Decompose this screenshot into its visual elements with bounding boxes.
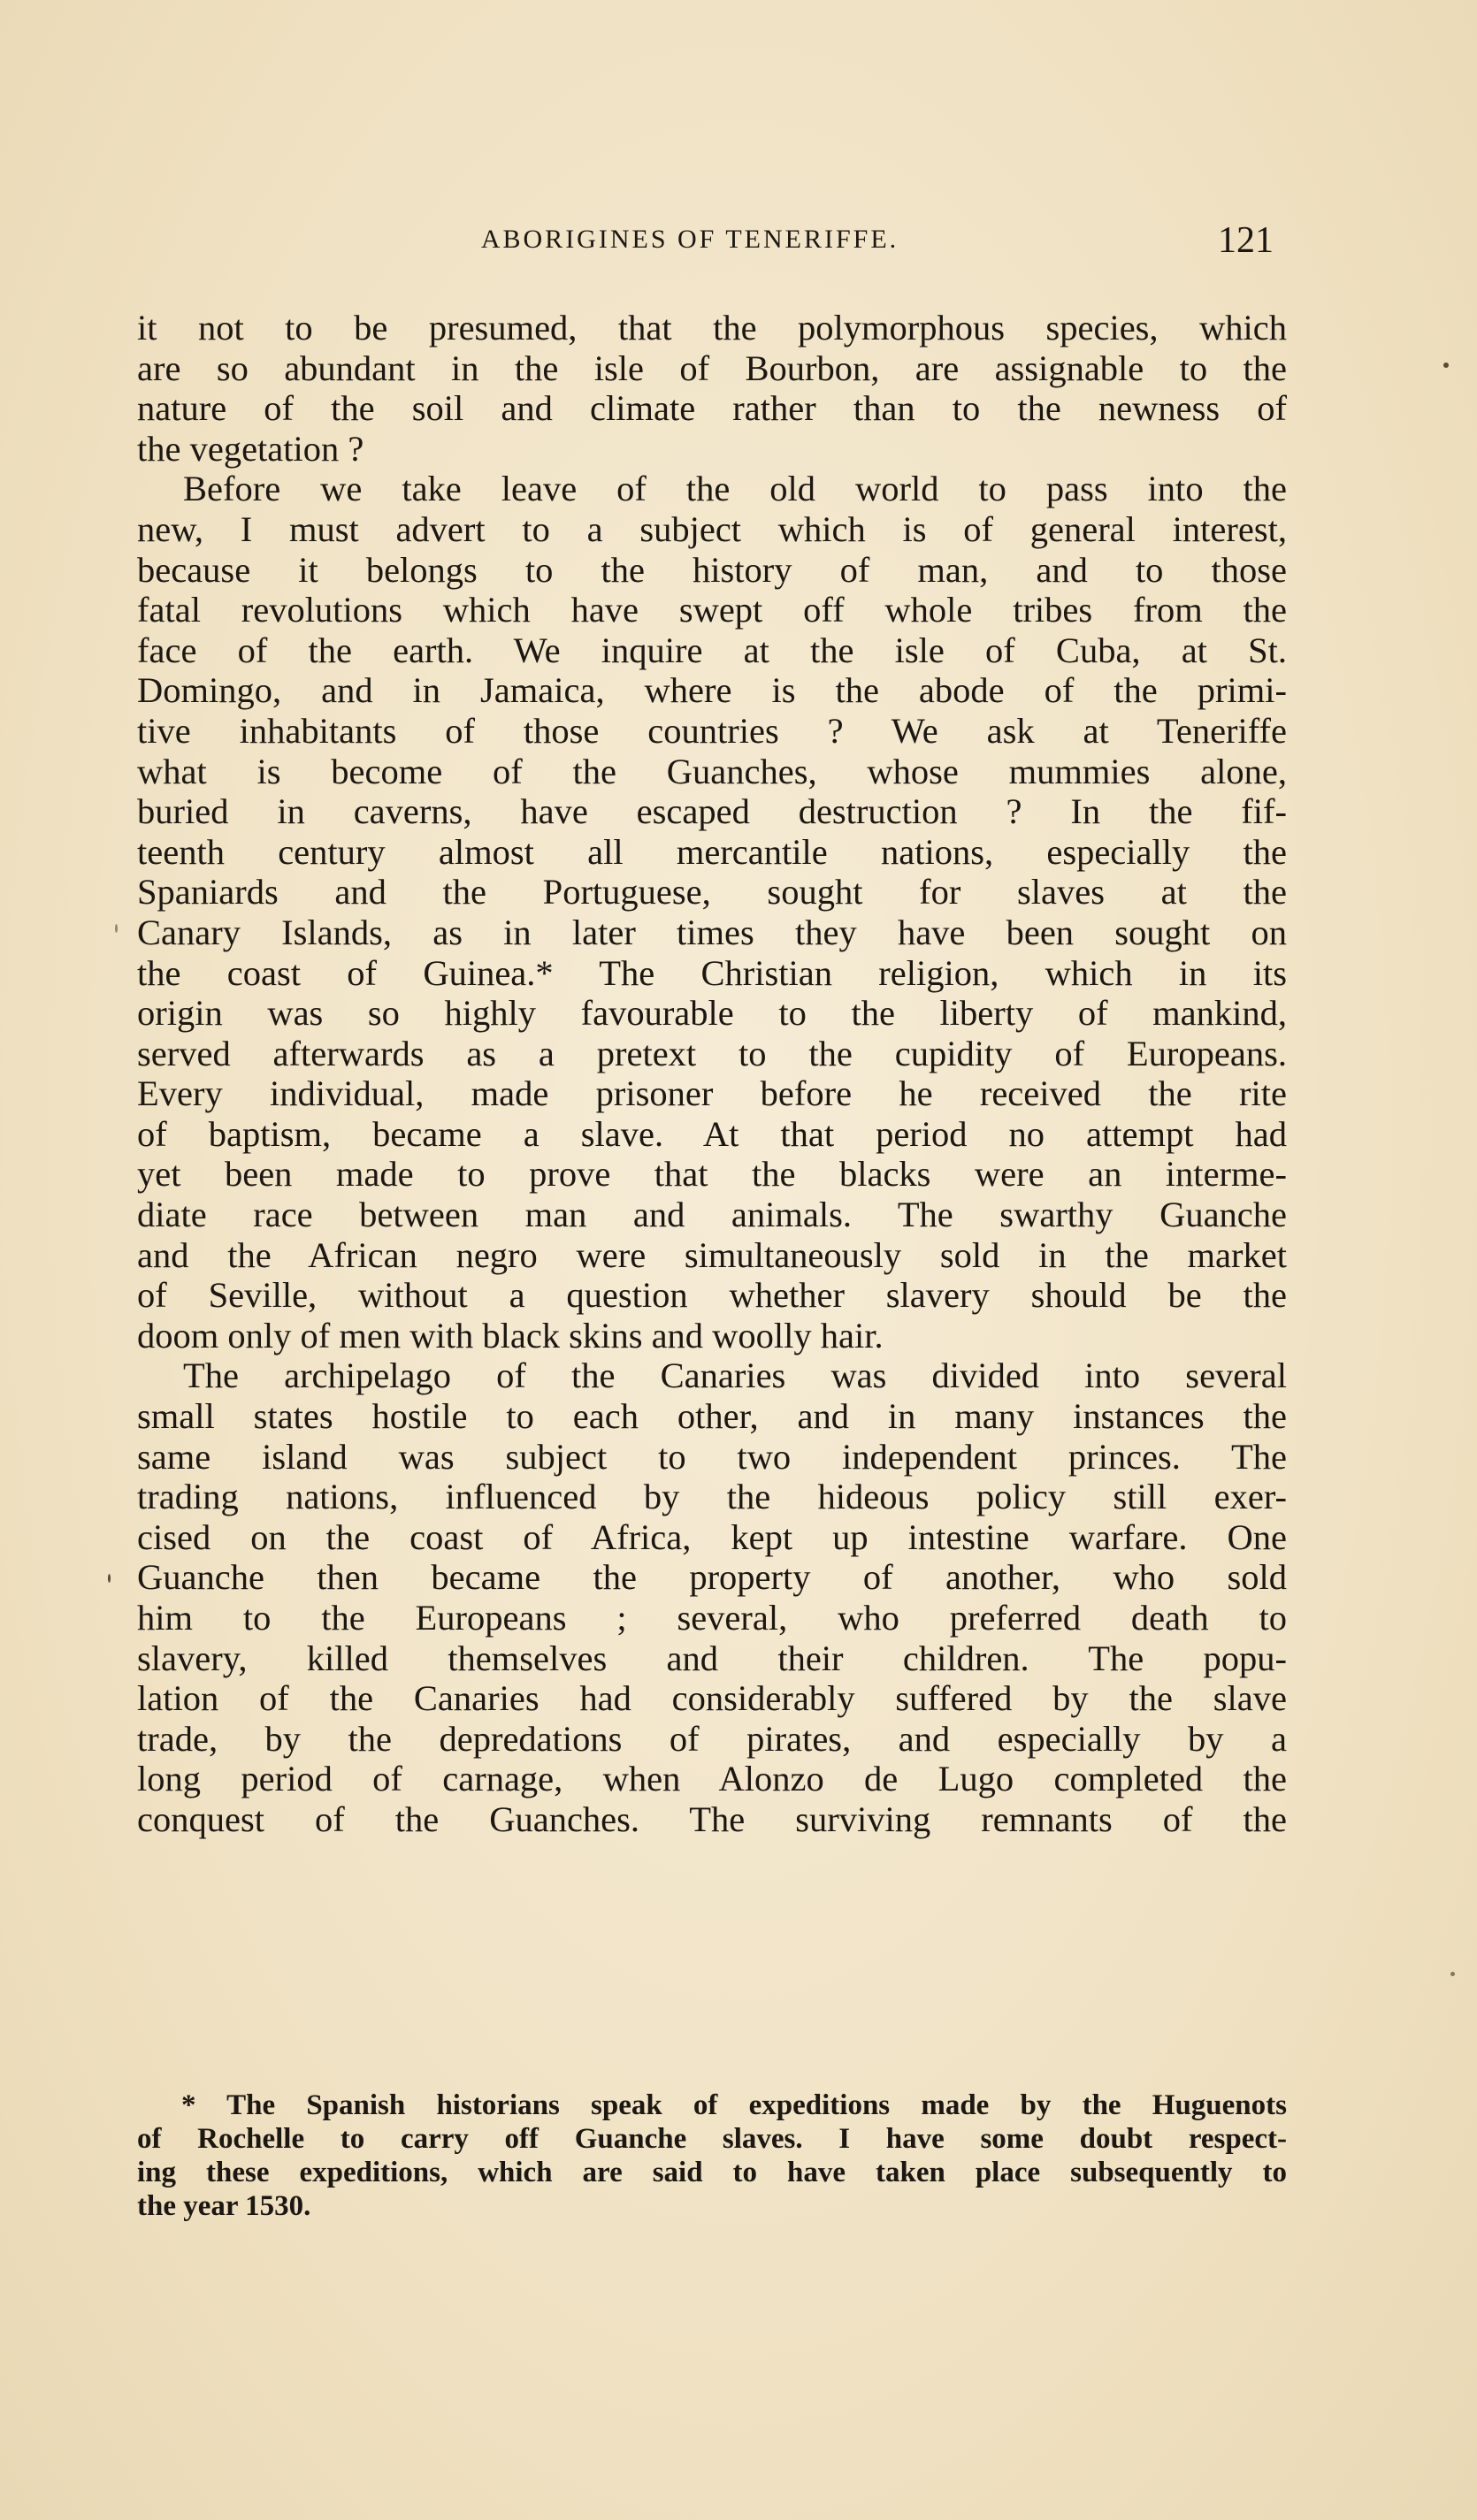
text-line: slavery, killed themselves and their chi… xyxy=(137,1638,1287,1679)
text-line: teenth century almost all mercantile nat… xyxy=(137,832,1287,873)
text-line: Spaniards and the Portuguese, sought for… xyxy=(137,872,1287,913)
text-line: face of the earth. We inquire at the isl… xyxy=(137,630,1287,671)
text-line: because it belongs to the history of man… xyxy=(137,550,1287,591)
text-line: conquest of the Guanches. The surviving … xyxy=(137,1799,1287,1840)
footnote: * The Spanish historians speak of expedi… xyxy=(137,2089,1287,2223)
text-line: of baptism, became a slave. At that peri… xyxy=(137,1114,1287,1155)
footnote-line: of Rochelle to carry off Guanche slaves.… xyxy=(137,2122,1287,2156)
text-line: cised on the coast of Africa, kept up in… xyxy=(137,1517,1287,1558)
text-line: trading nations, influenced by the hideo… xyxy=(137,1477,1287,1517)
text-line: the vegetation ? xyxy=(137,429,1287,470)
footnote-line: * The Spanish historians speak of expedi… xyxy=(137,2089,1287,2122)
text-line: yet been made to prove that the blacks w… xyxy=(137,1154,1287,1195)
text-line: it not to be presumed, that the polymorp… xyxy=(137,308,1287,348)
running-head: ABORIGINES OF TENERIFFE. 121 xyxy=(177,225,1274,278)
text-line: Before we take leave of the old world to… xyxy=(137,469,1287,509)
footnote-line: the year 1530. xyxy=(137,2189,1287,2223)
footnote-line: ing these expeditions, which are said to… xyxy=(137,2156,1287,2189)
text-line: what is become of the Guanches, whose mu… xyxy=(137,752,1287,792)
text-line: of Seville, without a question whether s… xyxy=(137,1275,1287,1316)
text-line: nature of the soil and climate rather th… xyxy=(137,388,1287,429)
text-line: served afterwards as a pretext to the cu… xyxy=(137,1034,1287,1074)
text-line: doom only of men with black skins and wo… xyxy=(137,1316,1287,1356)
text-line: lation of the Canaries had considerably … xyxy=(137,1678,1287,1719)
text-line: tive inhabitants of those countries ? We… xyxy=(137,711,1287,752)
text-line: same island was subject to two independe… xyxy=(137,1437,1287,1478)
text-line: long period of carnage, when Alonzo de L… xyxy=(137,1759,1287,1799)
paper-speck xyxy=(115,924,118,933)
text-line: buried in caverns, have escaped destruct… xyxy=(137,791,1287,832)
page-number: 121 xyxy=(1218,219,1274,262)
text-line: origin was so highly favourable to the l… xyxy=(137,993,1287,1034)
text-line: are so abundant in the isle of Bourbon, … xyxy=(137,348,1287,389)
text-line: Every individual, made prisoner before h… xyxy=(137,1073,1287,1114)
book-page: ABORIGINES OF TENERIFFE. 121 it not to b… xyxy=(0,0,1477,2520)
paper-speck xyxy=(1450,1972,1455,1976)
text-line: fatal revolutions which have swept off w… xyxy=(137,590,1287,630)
text-line: Canary Islands, as in later times they h… xyxy=(137,913,1287,953)
text-line: diate race between man and animals. The … xyxy=(137,1195,1287,1235)
paper-speck xyxy=(108,1574,111,1583)
text-line: The archipelago of the Canaries was divi… xyxy=(137,1355,1287,1396)
text-line: and the African negro were simultaneousl… xyxy=(137,1235,1287,1276)
text-line: small states hostile to each other, and … xyxy=(137,1396,1287,1437)
running-title: ABORIGINES OF TENERIFFE. xyxy=(416,225,964,255)
body-text: it not to be presumed, that the polymorp… xyxy=(137,308,1287,1840)
paper-speck xyxy=(1443,363,1449,368)
text-line: trade, by the depredations of pirates, a… xyxy=(137,1719,1287,1760)
text-line: Domingo, and in Jamaica, where is the ab… xyxy=(137,670,1287,711)
text-line: the coast of Guinea.* The Christian reli… xyxy=(137,953,1287,994)
text-line: Guanche then became the property of anot… xyxy=(137,1557,1287,1598)
text-line: him to the Europeans ; several, who pref… xyxy=(137,1598,1287,1638)
text-line: new, I must advert to a subject which is… xyxy=(137,509,1287,550)
